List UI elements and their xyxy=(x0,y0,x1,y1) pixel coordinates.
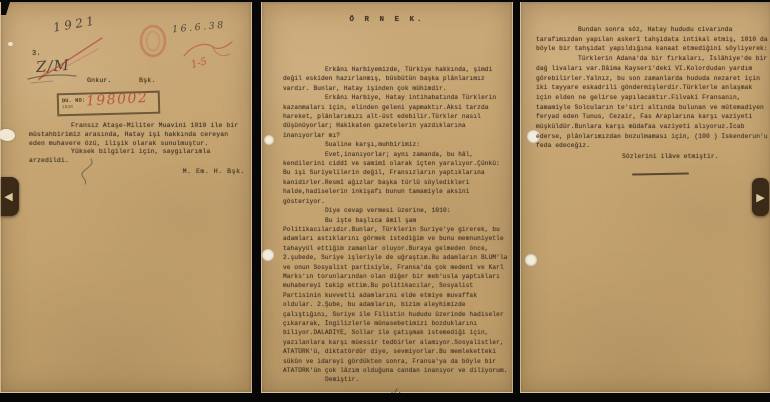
transcript-paragraph: Diye cevap vermesi üzerine, 1010: xyxy=(283,206,509,215)
end-of-text-rule xyxy=(632,173,689,176)
paper-speck xyxy=(8,42,13,46)
cover-letter-paragraph: Yüksek bilgileri için, saygılarımla arze… xyxy=(29,148,247,166)
transcript-paragraph: Türklerin Adana'da bir fırkaları, İslâhi… xyxy=(536,54,768,151)
cover-letter-paragraph: Fransız Ataşe-Militer Muavini 1010 ile b… xyxy=(29,122,247,148)
stamp-label: DU. NO: xyxy=(62,97,85,105)
document-page-3: Bundan sonra söz, Hatay hududu civarında… xyxy=(520,2,770,393)
punch-hole xyxy=(262,249,274,261)
transcript-paragraph: Evet,inanıyorlar; aynı zamanda, bu hâl, … xyxy=(283,150,509,206)
registry-number-stamp: DU. NO: 1938 198002 xyxy=(57,91,161,117)
transcript-paragraph: Bu işte başlıca âmil şam Politikacılarıd… xyxy=(283,216,509,376)
red-round-stamp-icon xyxy=(140,25,166,57)
stamp-number: 198002 xyxy=(85,90,148,110)
transcript-body: Erkânı Harbiyemizde, Türkiye hakkında, ş… xyxy=(283,65,509,396)
transcript-paragraph: Bundan sonra söz, Hatay hududu civarında… xyxy=(536,25,768,54)
transcript-continuation-body: Bundan sonra söz, Hatay hududu civarında… xyxy=(536,25,768,162)
reference-mark: 3. xyxy=(32,50,41,58)
transcript-paragraph: Sualine karşı,muhbirimiz: xyxy=(283,140,509,149)
transcript-closing: Sözlerini ilâve etmiştir. xyxy=(536,152,768,162)
red-round-stamp-inner xyxy=(146,31,160,51)
stamp-year: 1938 xyxy=(62,105,73,110)
previous-page-button[interactable]: ◀ xyxy=(1,177,19,216)
cover-letter-body: Fransız Ataşe-Militer Muavini 1010 ile b… xyxy=(29,122,247,166)
handwritten-number: 1921 xyxy=(52,13,98,35)
document-viewer: 1921 16.6.38 3. Z/M 1-5 Gnkur. Bşk. DU. … xyxy=(0,0,770,402)
transcript-closing: Demiştir. xyxy=(283,375,509,384)
page-title: Ö R N E K. xyxy=(262,16,512,24)
document-page-2: Ö R N E K. Erkânı Harbiyemizde, Türkiye … xyxy=(261,2,513,393)
next-page-button[interactable]: ▶ xyxy=(752,178,769,216)
scan-corner-artifact xyxy=(1,2,10,15)
paper-damage-spot xyxy=(0,127,16,143)
document-page-1: 1921 16.6.38 3. Z/M 1-5 Gnkur. Bşk. DU. … xyxy=(0,2,252,393)
chevron-right-icon: ▶ xyxy=(756,192,764,203)
page-footer-mark: ./. xyxy=(283,387,509,396)
handwritten-initials: Z/M xyxy=(35,56,70,76)
signature-block: M. Em. H. Bşk. xyxy=(183,168,245,175)
transcript-paragraph: Erkânı Harbiye, Hatay intihabatında Türk… xyxy=(283,93,509,140)
header-org-abbrev: Gnkur. xyxy=(87,77,112,84)
punch-hole xyxy=(525,254,537,266)
header-role-abbrev: Bşk. xyxy=(139,77,155,84)
punch-hole xyxy=(264,135,274,145)
transcript-paragraph: Erkânı Harbiyemizde, Türkiye hakkında, ş… xyxy=(283,65,509,93)
handwritten-date: 16.6.38 xyxy=(172,20,227,36)
red-handwritten-note: 1-5 xyxy=(190,56,208,71)
chevron-left-icon: ◀ xyxy=(4,191,12,202)
